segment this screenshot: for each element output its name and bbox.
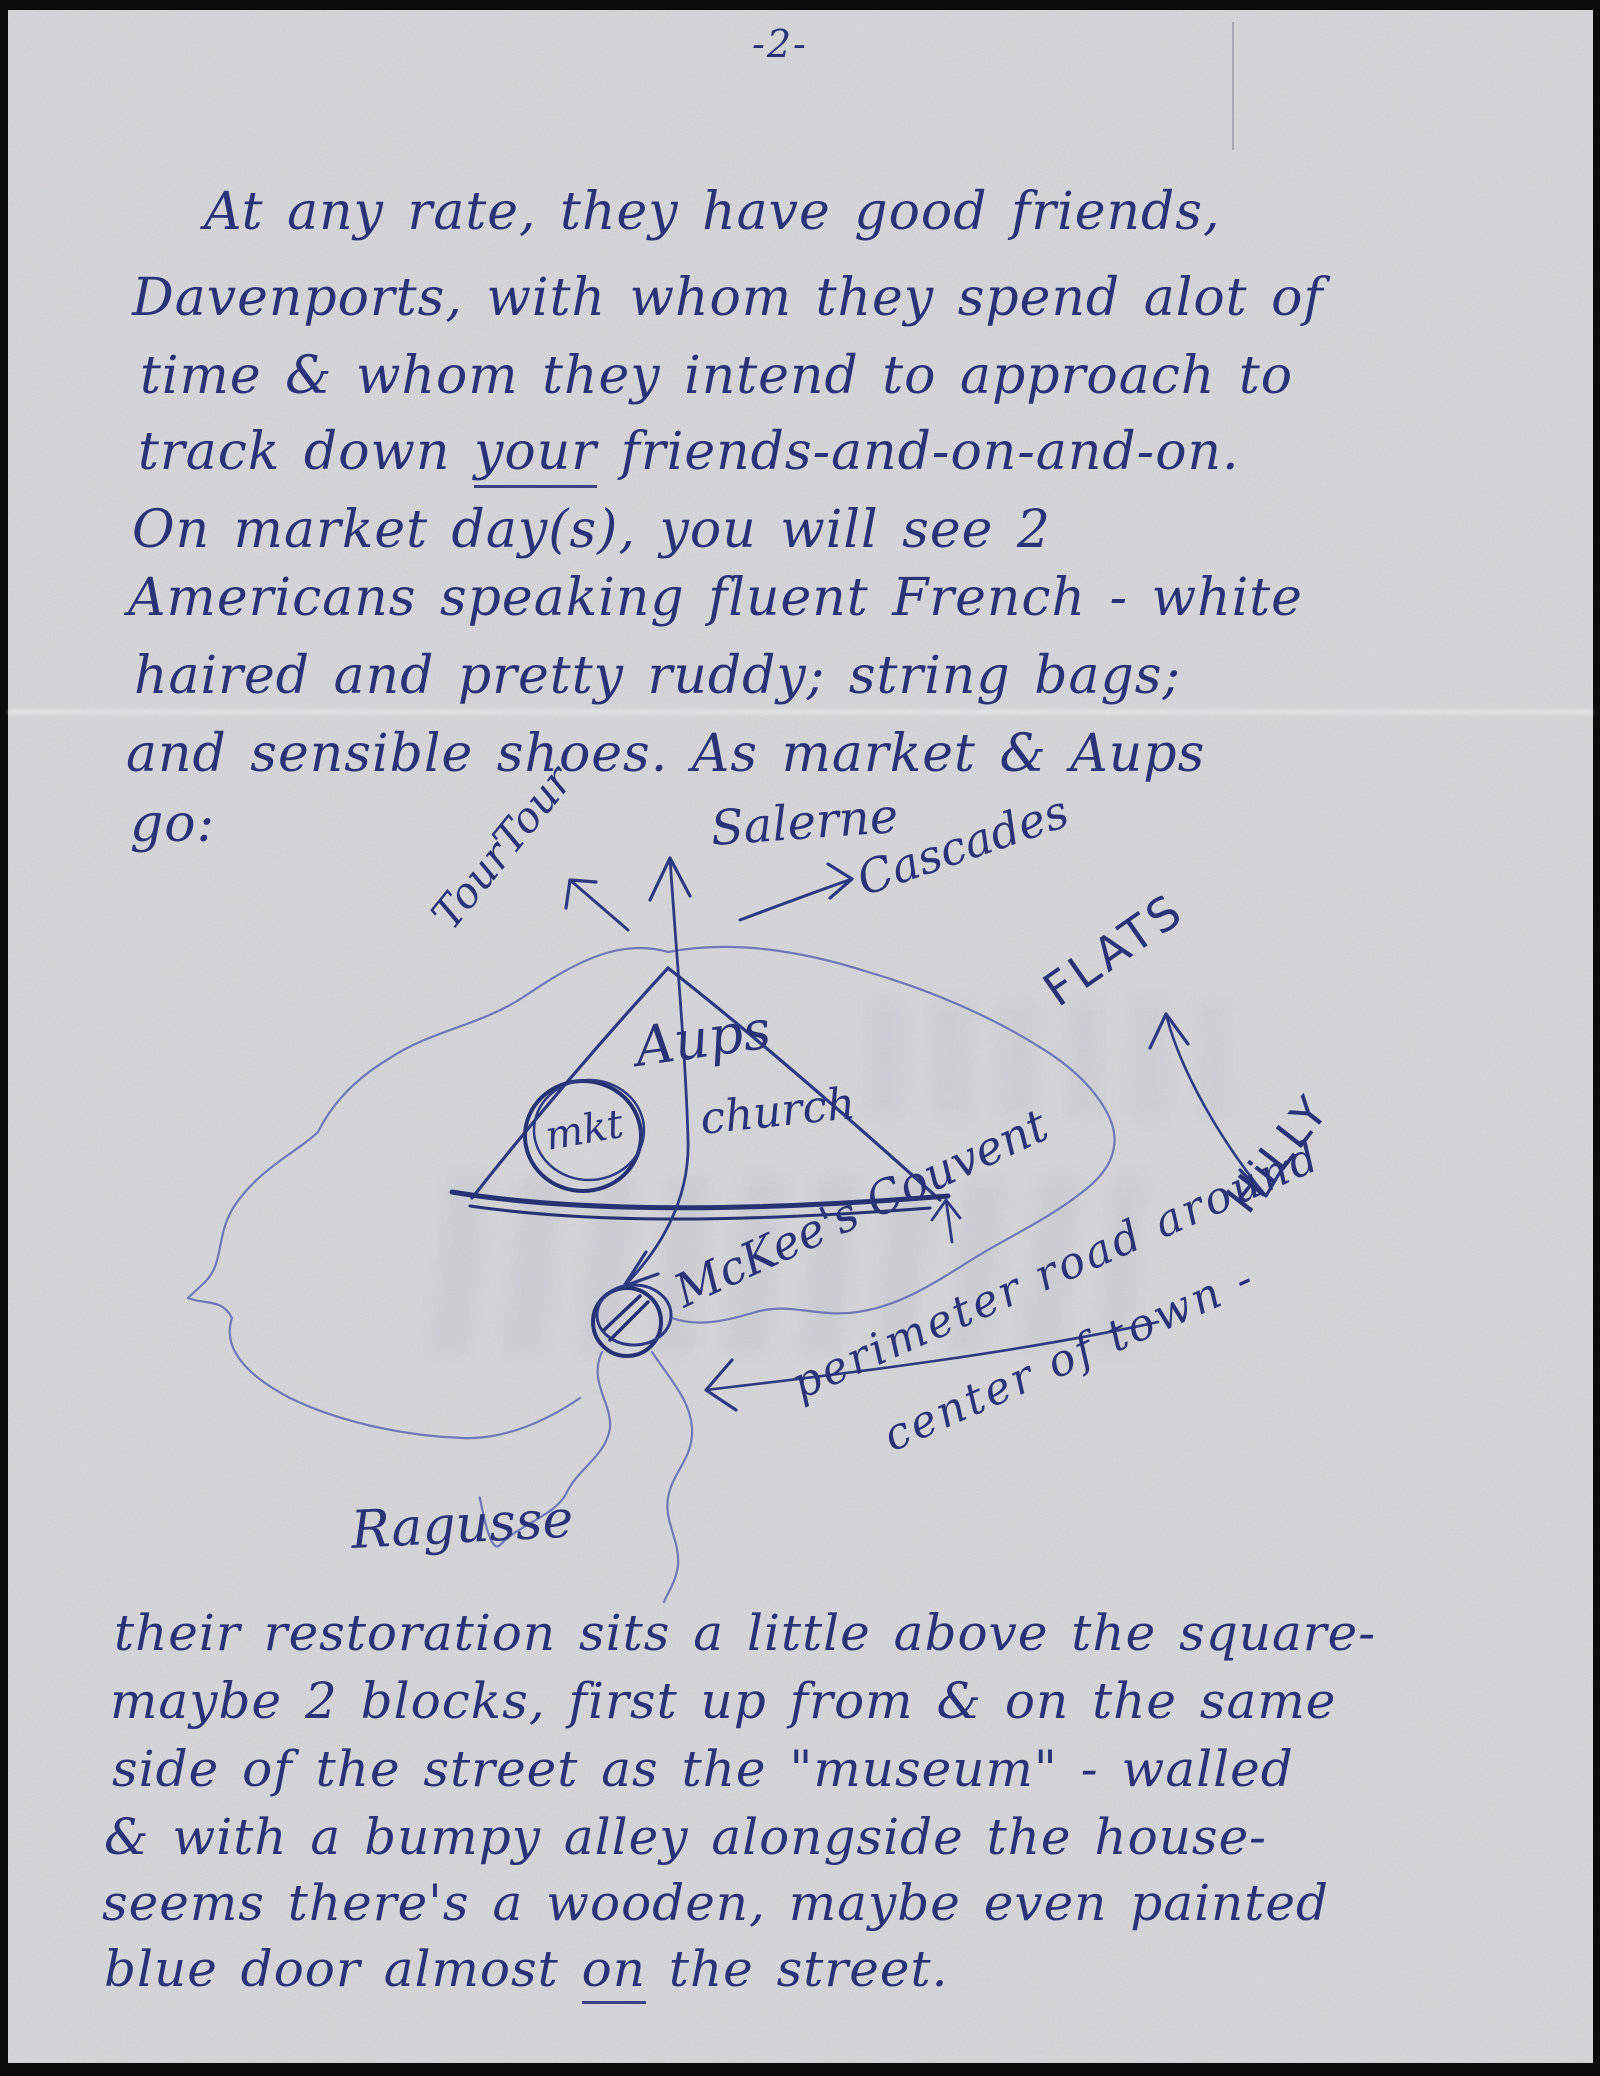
couvent-small-arrow — [932, 1200, 960, 1242]
map-label-mkt: mkt — [542, 1101, 628, 1160]
map-label-tourtour: TourTour — [422, 754, 584, 938]
arrowhead-left-icon — [706, 1360, 736, 1410]
arrowhead-upleft-icon — [566, 880, 596, 908]
underlined-word: on — [582, 1940, 646, 2004]
convent-circle — [593, 1285, 671, 1356]
cascades-arrow — [740, 864, 852, 920]
map-label-aups: Aups — [626, 998, 774, 1080]
handwritten-line: their restoration sits a little above th… — [114, 1608, 1376, 1658]
tourtour-arrow — [566, 880, 628, 930]
arrowhead-up-icon — [1150, 1014, 1188, 1048]
handwritten-line: blue door almost on the street. — [104, 1944, 948, 1994]
map-label-church: church — [698, 1078, 858, 1145]
handwritten-line: maybe 2 blocks, first up from & on the s… — [110, 1676, 1336, 1726]
road-branch-south — [652, 1352, 692, 1602]
scanned-letter-page: -2- At any rate, they have good friends,… — [0, 0, 1600, 2076]
handwritten-line: & with a bumpy alley alongside the house… — [104, 1812, 1267, 1862]
arrowhead-right-icon — [828, 864, 852, 898]
map-label-ragusse: Ragusse — [349, 1489, 575, 1561]
handwritten-line: side of the street as the "museum" - wal… — [112, 1744, 1294, 1794]
line-text: blue door almost — [104, 1940, 582, 1998]
handwritten-line: seems there's a wooden, maybe even paint… — [102, 1878, 1329, 1928]
line-text: the street. — [646, 1940, 949, 1998]
map-label-salerne: Salerne — [709, 788, 900, 857]
map-label-flats: FLATS — [1033, 882, 1194, 1017]
